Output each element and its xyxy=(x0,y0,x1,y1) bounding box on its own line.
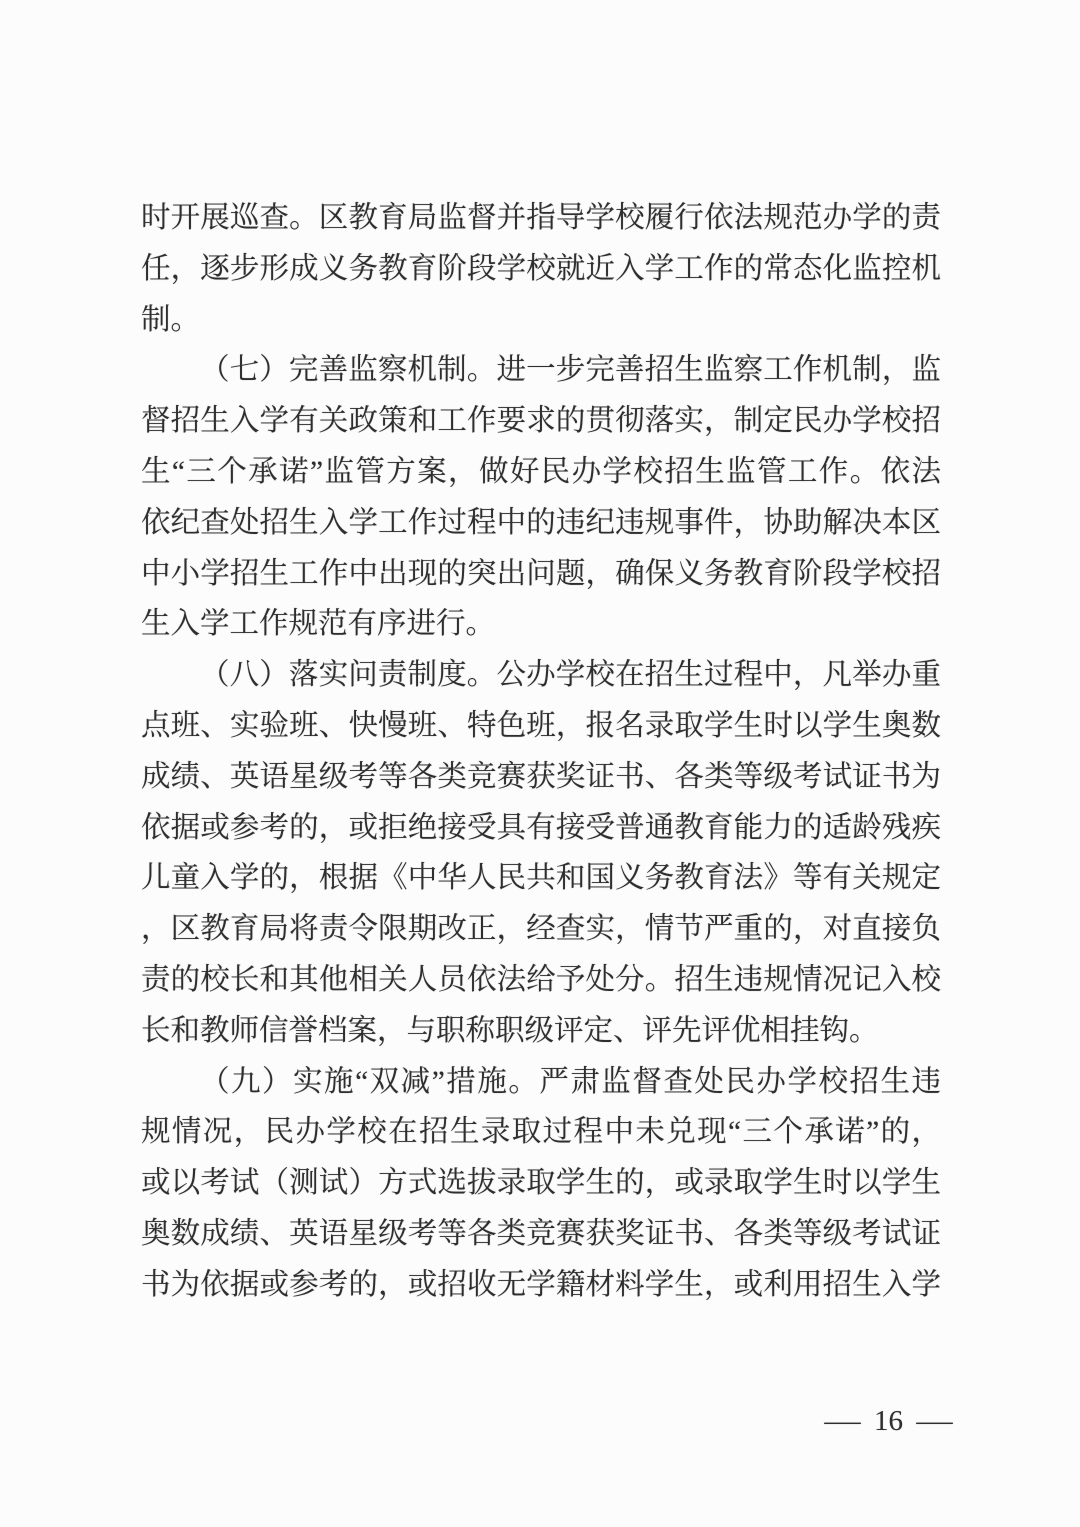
page-number: — 16 — xyxy=(828,1398,949,1444)
text-line: 依据或参考的，或拒绝接受具有接受普通教育能力的适龄残疾 xyxy=(141,803,941,854)
text-line: （七）完善监察机制。进一步完善招生监察工作机制，监 xyxy=(141,345,941,396)
text-line: 奥数成绩、英语星级考等各类竞赛获奖证书、各类等级考试证 xyxy=(141,1209,941,1260)
text-line: ，区教育局将责令限期改正，经查实，情节严重的，对直接负 xyxy=(141,904,941,955)
document-page: 时开展巡查。区教育局监督并指导学校履行依法规范办学的责任，逐步形成义务教育阶段学… xyxy=(0,0,1080,1527)
text-line: 儿童入学的，根据《中华人民共和国义务教育法》等有关规定 xyxy=(141,853,941,904)
text-line: 生入学工作规范有序进行。 xyxy=(141,599,941,650)
text-line: 长和教师信誉档案，与职称职级评定、评先评优相挂钩。 xyxy=(141,1006,941,1057)
page-number-right-dash: — xyxy=(916,1398,952,1444)
text-line: 中小学招生工作中出现的突出问题，确保义务教育阶段学校招 xyxy=(141,549,941,600)
text-line: 制。 xyxy=(141,295,941,346)
text-line: 书为依据或参考的，或招收无学籍材料学生，或利用招生入学 xyxy=(141,1260,941,1311)
body-text-block: 时开展巡查。区教育局监督并指导学校履行依法规范办学的责任，逐步形成义务教育阶段学… xyxy=(141,193,941,1311)
text-line: 任，逐步形成义务教育阶段学校就近入学工作的常态化监控机 xyxy=(141,244,941,295)
text-line: 依纪查处招生入学工作过程中的违纪违规事件，协助解决本区 xyxy=(141,498,941,549)
text-line: 时开展巡查。区教育局监督并指导学校履行依法规范办学的责 xyxy=(141,193,941,244)
page-number-left-dash: — xyxy=(824,1398,860,1444)
text-line: 点班、实验班、快慢班、特色班，报名录取学生时以学生奥数 xyxy=(141,701,941,752)
text-line: 成绩、英语星级考等各类竞赛获奖证书、各类等级考试证书为 xyxy=(141,752,941,803)
text-line: 督招生入学有关政策和工作要求的贯彻落实，制定民办学校招 xyxy=(141,396,941,447)
text-line: 或以考试（测试）方式选拔录取学生的，或录取学生时以学生 xyxy=(141,1158,941,1209)
text-line: （九）实施“双减”措施。严肃监督查处民办学校招生违 xyxy=(141,1057,941,1108)
text-line: 规情况，民办学校在招生录取过程中未兑现“三个承诺”的， xyxy=(141,1107,941,1158)
text-line: 责的校长和其他相关人员依法给予处分。招生违规情况记入校 xyxy=(141,955,941,1006)
page-number-value: 16 xyxy=(874,1398,903,1444)
text-line: （八）落实问责制度。公办学校在招生过程中，凡举办重 xyxy=(141,650,941,701)
text-line: 生“三个承诺”监管方案，做好民办学校招生监管工作。依法 xyxy=(141,447,941,498)
